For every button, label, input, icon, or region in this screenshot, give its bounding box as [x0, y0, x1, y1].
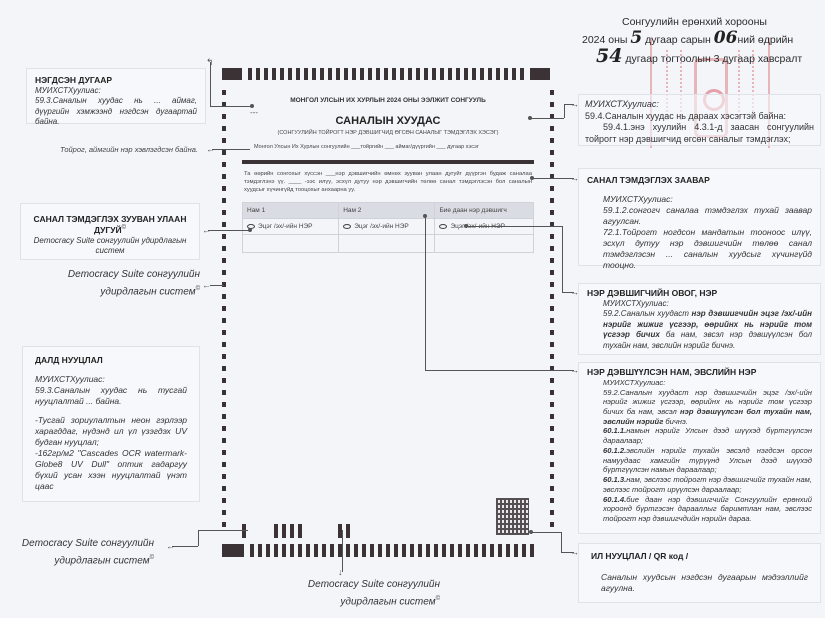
clause-item: 60.1.3.нам, эвслээс тойрогт нэр дэвшигчи…: [603, 475, 812, 494]
arrow-right-icon: →: [570, 548, 579, 557]
law-reference: МУИХСТХуулиас:: [35, 86, 197, 96]
candidate-name: Эцэг /эх/-ийн НЭР: [354, 223, 409, 230]
note-text: Democracy Suite сонгуулийн удирдлагын си…: [25, 236, 195, 257]
candidate-table: Нам 1 Нам 2 Бие даан нэр дэвшигч Эцэг /э…: [242, 202, 534, 253]
month-handwritten: 5: [630, 28, 642, 48]
empty-cell: [243, 235, 339, 253]
arrow-left-icon: ←: [202, 226, 211, 235]
clause-item: 60.1.1.намын нэрийг Улсын дээд шүүхэд бү…: [603, 426, 812, 445]
day-handwritten: 06: [714, 28, 738, 48]
note-text: -162гр/м2 "Cascades OCR watermark-Globe8…: [35, 448, 187, 492]
note-vote-oval: САНАЛ ТЭМДЭГЛЭХ ЗУУВАН УЛААН ДУГУЙ© Demo…: [20, 203, 200, 260]
timing-bar-bottom: [250, 544, 534, 557]
note-text: 59.4.Саналын хуудас нь дараах хэсэгтэй б…: [585, 111, 814, 123]
timing-mark-top-left: [222, 68, 242, 80]
appendix-line-3: 54 дугаар тогтоолын 3 дугаар хавсралт: [582, 48, 822, 67]
note-security: ДАЛД НУУЦЛАЛ МУИХСТХуулиас: 59.3.Саналын…: [22, 346, 200, 502]
voting-instructions: Та өөрийн сонгохыг хүссэн ___нэр дэвшигч…: [244, 170, 532, 194]
appendix-line-1: Сонгуулийн ерөнхий хорооны: [582, 14, 822, 30]
qr-code[interactable]: [496, 498, 529, 535]
connector-line: [425, 216, 426, 370]
connector-dot: [423, 214, 427, 218]
connector-dot: [464, 224, 468, 228]
connector-line: [198, 530, 199, 546]
empty-cell: [435, 235, 534, 253]
party-2-header: Нам 2: [339, 203, 435, 219]
arrow-left-icon: ←: [166, 542, 175, 551]
timing-ticks-right: [550, 90, 555, 534]
note-title: НЭР ДЭВШҮҮЛСЭН НАМ, ЭВСЛИЙН НЭР: [587, 367, 812, 378]
arrow-left-icon: ←: [202, 281, 211, 290]
timing-bar-top: [248, 68, 524, 80]
note-party-name: НЭР ДЭВШҮҮЛСЭН НАМ, ЭВСЛИЙН НЭР МУИХСТХу…: [578, 362, 821, 534]
note-title: САНАЛ ТЭМДЭГЛЭХ ЗААВАР: [587, 175, 812, 186]
connector-line: [466, 226, 562, 227]
connector-line: [208, 230, 250, 231]
timing-mark-top-right: [530, 68, 550, 80]
note-text: 59.2.Саналын хуудаст нэр дэвшигчийн эцэг…: [603, 309, 812, 351]
timing-ticks-left: [222, 90, 227, 534]
law-reference: МУИХСТХуулиас:: [603, 194, 812, 205]
note-text: 59.2.Саналын хуудаст нэр дэвшигчийн эцэг…: [603, 388, 812, 427]
law-reference: МУИХСТХуулиас:: [603, 378, 812, 388]
timing-mark-bottom-left: [222, 544, 244, 557]
arrow-left-icon: ←: [206, 145, 215, 154]
independent-header: Бие даан нэр дэвшигч: [435, 203, 534, 219]
ds-caption-left-1: Democracy Suite сонгуулийн удирдлагын си…: [60, 268, 200, 299]
connector-line: [210, 106, 252, 107]
district-line: Монгол Улсын Их Хурлын сонгуулийн ___той…: [254, 144, 554, 150]
note-title: НЭГДСЭН ДУГААР: [35, 75, 197, 86]
header-divider: [242, 160, 534, 164]
arrow-right-icon: →: [570, 366, 579, 375]
connector-dot: [248, 228, 252, 232]
election-title: МОНГОЛ УЛСЫН ИХ ХУРЛЫН 2024 ОНЫ ЭЭЛЖИТ С…: [222, 97, 554, 104]
resolution-text: дугаар тогтоолын 3 дугаар хавсралт: [625, 53, 802, 65]
note-text: 59.1.2.сонгогч саналаа тэмдэглэх тухай з…: [603, 205, 812, 227]
district-caption: Тойрог, аймгийн нэр хэвлэгдсэн байна.: [60, 145, 198, 154]
vote-oval-icon[interactable]: [439, 224, 447, 229]
note-text: Саналын хуудсын нэгдсэн дугаарын мэдээлл…: [591, 572, 808, 594]
connector-dot: [530, 176, 534, 180]
connector-line: [342, 530, 343, 572]
connector-line: [532, 178, 574, 179]
resolution-handwritten: 54: [596, 45, 622, 67]
arrow-right-icon: →: [570, 288, 579, 297]
ds-caption-bottom: Democracy Suite сонгуулийн удирдлагын си…: [300, 578, 440, 609]
clause-item: 60.1.2.эвслийн нэрийг тухайн эвсэлд нэгд…: [603, 446, 812, 475]
connector-line: [210, 285, 224, 286]
connector-line: [172, 546, 198, 547]
candidate-name: Эцэг /эх/-ийн НЭР: [258, 223, 313, 230]
arrow-icon: ↰: [206, 58, 214, 67]
connector-line: [212, 149, 250, 150]
connector-dot: [529, 530, 533, 534]
month-text: дугаар сарын: [645, 34, 711, 46]
empty-cell: [339, 235, 435, 253]
vote-oval-icon[interactable]: [343, 224, 351, 229]
connector-line: [530, 118, 564, 119]
note-title: НЭР ДЭВШИГЧИЙН ОВОГ, НЭР: [587, 288, 812, 299]
ballot-sheet: МОНГОЛ УЛСЫН ИХ ХУРЛЫН 2024 ОНЫ ЭЭЛЖИТ С…: [222, 68, 554, 540]
connector-dot: [528, 116, 532, 120]
note-text: 59.4.1.энэ хуулийн 4.3.1-д заасан сонгуу…: [585, 122, 814, 145]
ballot-heading: САНАЛЫН ХУУДАС: [222, 115, 554, 127]
note-text: 59.3.Саналын хуудас нь ... аймаг, дүүрги…: [35, 96, 197, 127]
note-serial-number: НЭГДСЭН ДУГААР МУИХСТХуулиас: 59.3.Санал…: [26, 68, 206, 124]
connector-line: [562, 226, 563, 292]
note-law-sections: МУИХСТХуулиас: 59.4.Саналын хуудас нь да…: [578, 94, 821, 146]
arrow-right-icon: →: [570, 174, 579, 183]
law-reference: МУИХСТХуулиас:: [585, 99, 814, 111]
candidate-option[interactable]: Эцэг /эх/-ийн НЭР: [243, 219, 339, 235]
law-reference: МУИХСТХуулиас:: [35, 374, 187, 385]
arrow-right-icon: →: [570, 100, 579, 109]
arrow-down-icon: ↓: [338, 568, 343, 577]
candidate-option[interactable]: Эцэг /эх/-ийн НЭР: [339, 219, 435, 235]
connector-line: [210, 62, 211, 106]
connector-line: [564, 104, 565, 118]
note-title: САНАЛ ТЭМДЭГЛЭХ ЗУУВАН УЛААН ДУГУЙ©: [25, 214, 195, 236]
ds-ballot-code: [242, 524, 350, 538]
clause-item: 60.1.4.бие даан нэр дэвшигчийг Сонгуулий…: [603, 495, 812, 524]
note-qr-code: ИЛ НУУЦЛАЛ / QR код / Саналын хуудсын нэ…: [578, 543, 821, 603]
appendix-header: Сонгуулийн ерөнхий хорооны 2024 оны 5 ду…: [582, 14, 822, 67]
note-candidate-name: НЭР ДЭВШИГЧИЙН ОВОГ, НЭР МУИХСТХуулиас: …: [578, 283, 821, 355]
note-title: ИЛ НУУЦЛАЛ / QR код /: [591, 551, 808, 562]
note-title: ДАЛД НУУЦЛАЛ: [35, 355, 187, 366]
ds-caption-left-2: Democracy Suite сонгуулийн удирдлагын си…: [14, 537, 154, 568]
connector-line: [425, 370, 574, 371]
connector-dot: [250, 104, 254, 108]
law-reference: МУИХСТХуулиас:: [603, 299, 812, 309]
day-text: ний өдрийн: [737, 34, 793, 46]
party-1-header: Нам 1: [243, 203, 339, 219]
connector-line: [561, 532, 562, 552]
note-text: -Тусгай зориулалтын неон гэрлээр харагдд…: [35, 415, 187, 448]
connector-line: [531, 532, 561, 533]
note-text: 72.1.Тойрогт ногдсон мандатын тооноос ил…: [603, 227, 812, 271]
note-marking-instructions: САНАЛ ТЭМДЭГЛЭХ ЗААВАР МУИХСТХуулиас: 59…: [578, 168, 821, 266]
note-text: 59.3.Саналын хуудас нь тусгай нууцлалтай…: [35, 385, 187, 407]
connector-line: [198, 530, 248, 531]
ballot-subheading: (СОНГУУЛИЙН ТОЙРОГТ НЭР ДЭВШИГЧИД ӨГСӨН …: [222, 130, 554, 136]
